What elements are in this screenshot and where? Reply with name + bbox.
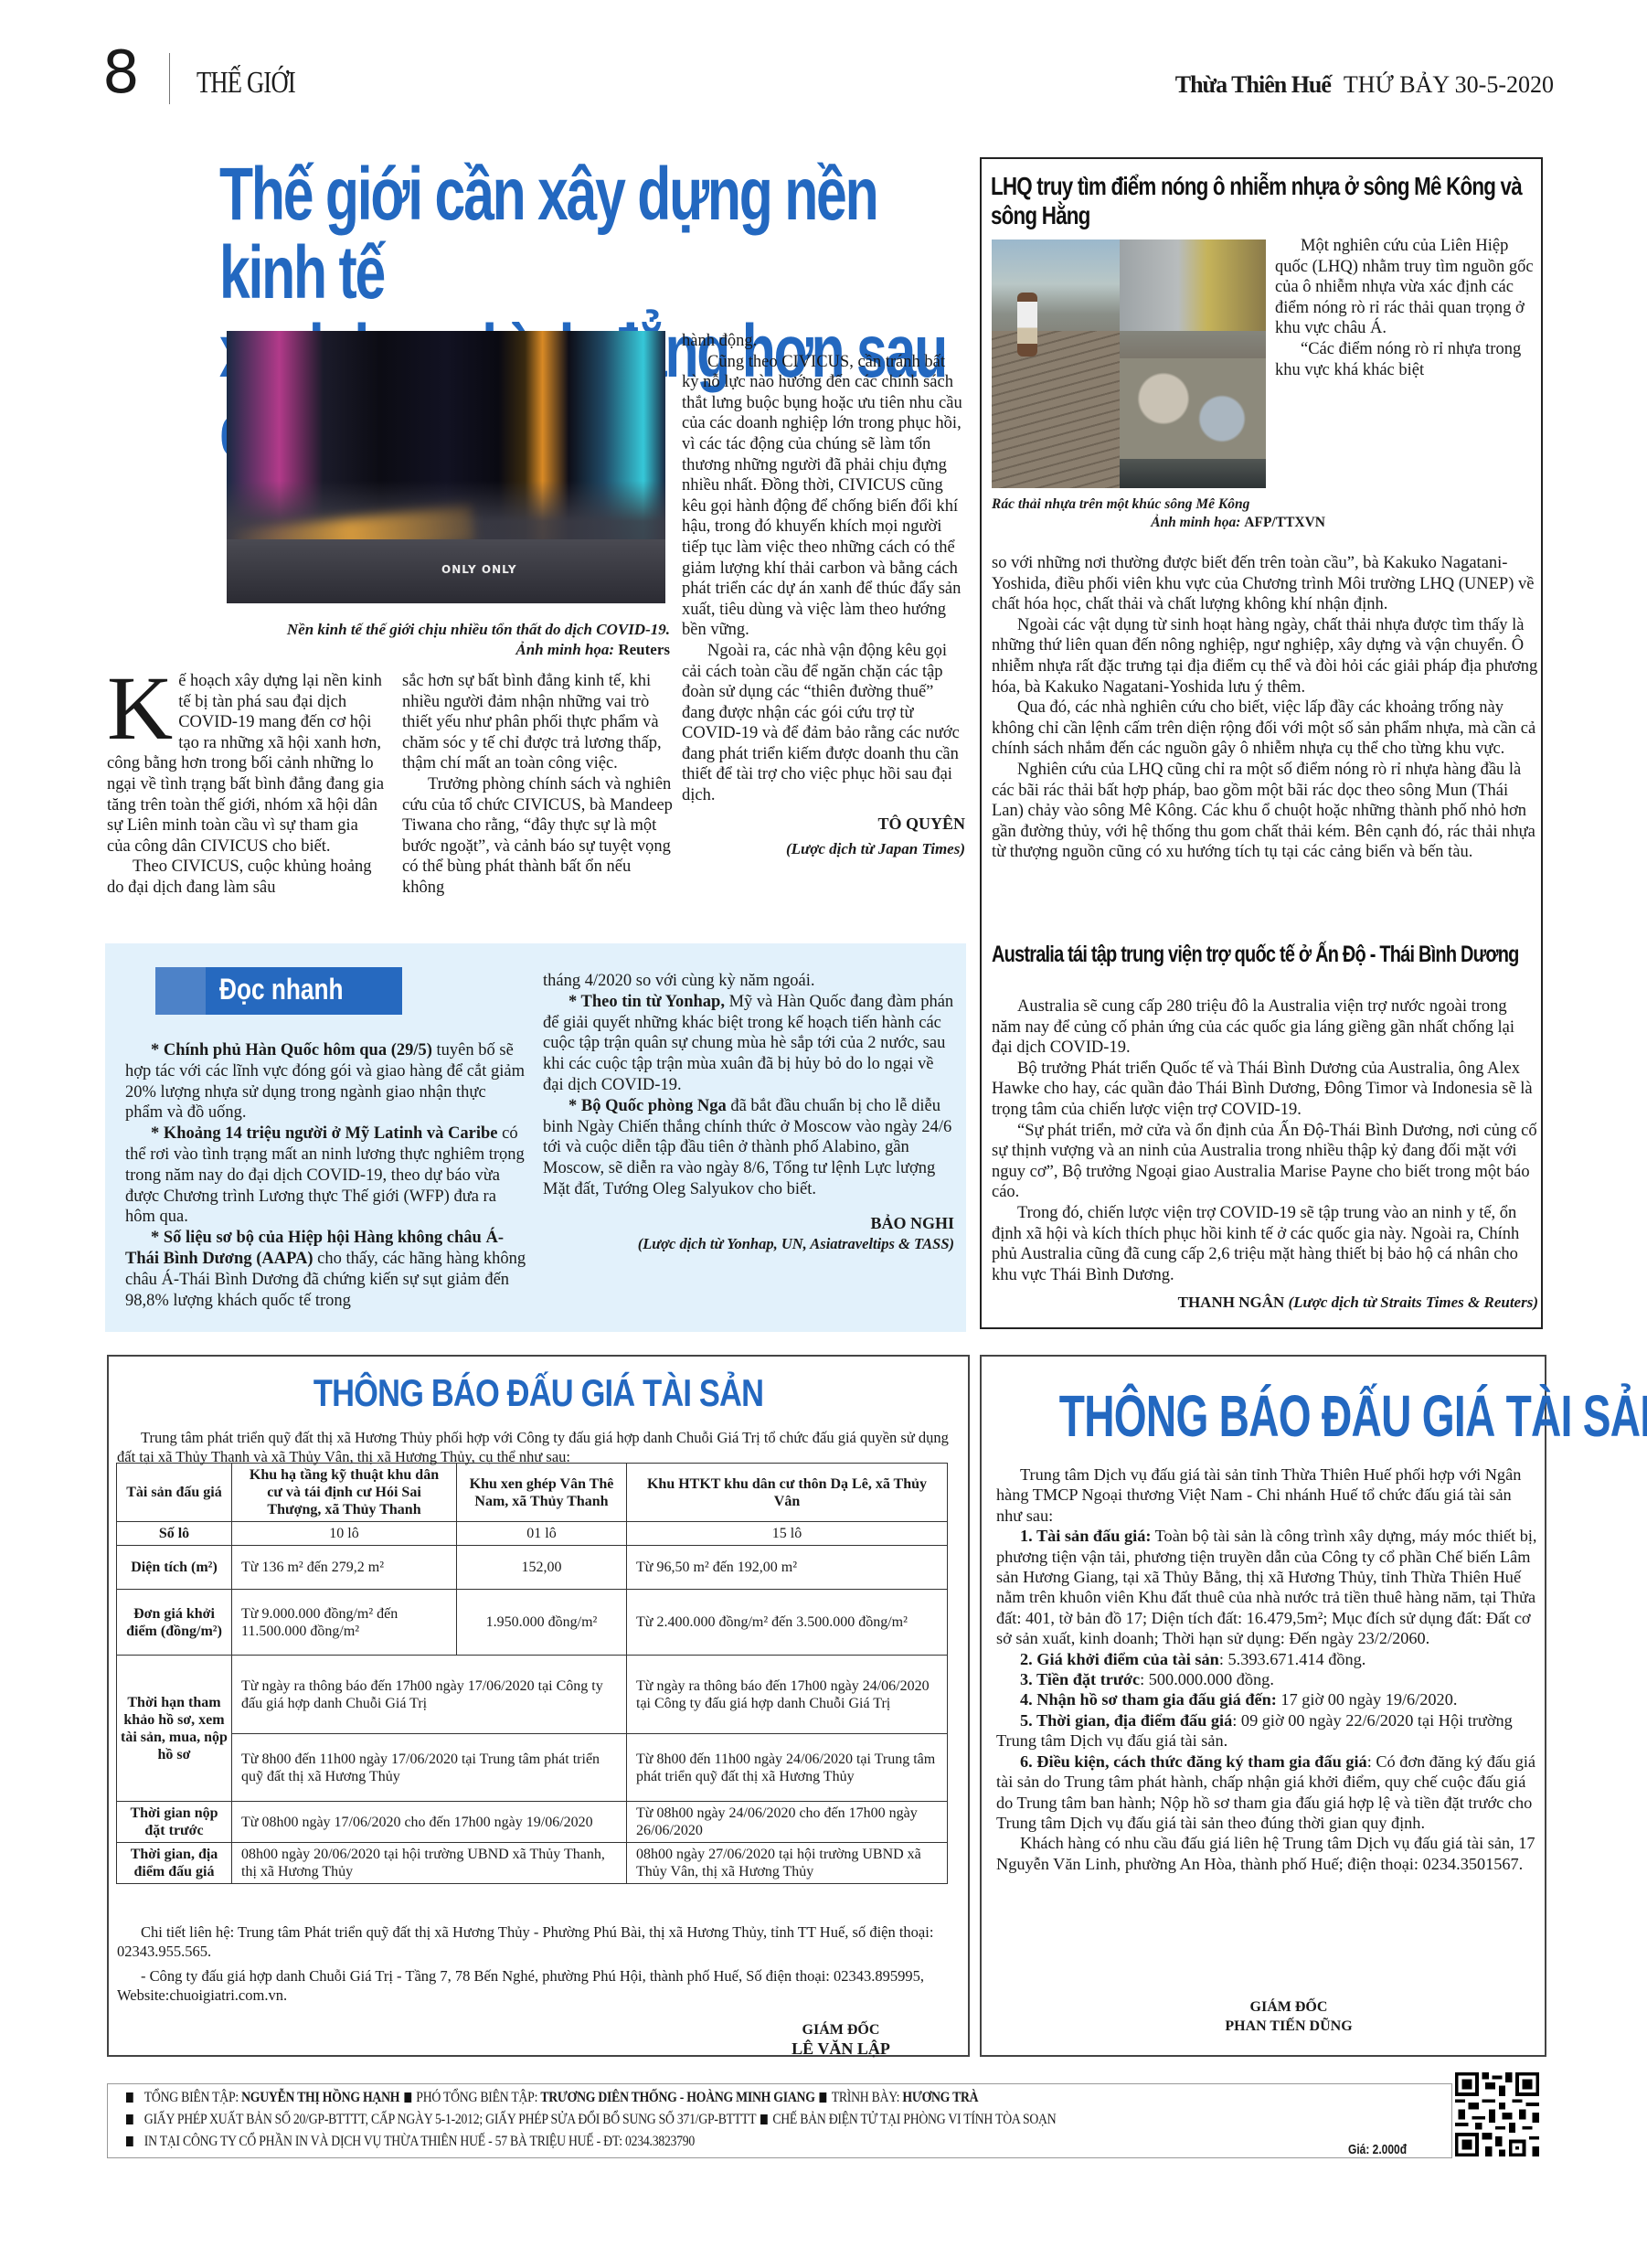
- table-cell: 15 lô: [627, 1522, 948, 1546]
- footer-line-license: GIẤY PHÉP XUẤT BẢN SỐ 20/GP-BTTTT, CẤP N…: [126, 2112, 1056, 2128]
- author-byline: THANH NGÂN: [1178, 1294, 1285, 1311]
- source-note: (Lược dịch từ Japan Times): [682, 839, 965, 860]
- paragraph: Ngoài ra, các nhà vận động kêu gọi cải c…: [682, 641, 965, 806]
- badge-label: Đọc nhanh: [219, 973, 344, 1006]
- caption-text: Rác thải nhựa trên một khúc sông Mê Kông: [992, 495, 1325, 514]
- wooden-walkway: [992, 331, 1120, 488]
- bullet-square-icon: [404, 2092, 411, 2103]
- author-byline: TÔ QUYÊN: [682, 814, 965, 835]
- paragraph: Nghiên cứu của LHQ cũng chỉ ra một số đi…: [992, 760, 1538, 863]
- paragraph: Bộ trưởng Phát triển Quốc tế và Thái Bìn…: [992, 1059, 1538, 1121]
- table-cell: 08h00 ngày 27/06/2020 tại hội trường UBN…: [627, 1843, 948, 1884]
- paragraph: “Các điểm nóng rò rỉ nhựa trong khu vực …: [1275, 339, 1535, 380]
- paragraph: “Sự phát triển, mở cửa và ổn định của Ấn…: [992, 1121, 1538, 1203]
- table-cell: 01 lô: [457, 1522, 627, 1546]
- item-lead: 6. Điều kiện, cách thức đăng ký tham gia…: [1020, 1752, 1367, 1771]
- paragraph: Qua đó, các nhà nghiên cứu cho biết, việ…: [992, 697, 1538, 760]
- caption-text: Nền kinh tế thế giới chịu nhiều tổn thất…: [227, 620, 670, 640]
- signer-name: PHAN TIẾN DŨNG: [1179, 2017, 1398, 2036]
- table-header-row: Tài sản đấu giá Khu hạ tầng kỹ thuật khu…: [117, 1464, 948, 1522]
- paragraph: sắc hơn sự bất bình đẳng kinh tế, khi nh…: [402, 671, 674, 774]
- caption-credit: Reuters: [618, 641, 670, 658]
- table-cell: Từ 96,50 m² đến 192,00 m²: [627, 1546, 948, 1590]
- item-lead: * Bộ Quốc phòng Nga: [568, 1097, 727, 1115]
- auction-left-intro: Trung tâm phát triển quỹ đất thị xã Hươn…: [117, 1428, 962, 1466]
- auction-left-title: THÔNG BÁO ĐẤU GIÁ TÀI SẢN: [185, 1371, 892, 1415]
- printer: IN TẠI CÔNG TY CỔ PHẦN IN VÀ DỊCH VỤ THỪ…: [144, 2134, 695, 2149]
- table-cell: Từ 2.400.000 đồng/m² đến 3.500.000 đồng/…: [627, 1590, 948, 1656]
- headline-line-1: Thế giới cần xây dựng nền kinh tế: [219, 155, 983, 313]
- bullet-square-icon: [126, 2136, 133, 2146]
- sidebar-headline: LHQ truy tìm điểm nóng ô nhiễm nhựa ở sô…: [991, 172, 1532, 230]
- row-header: Thời gian nộp đặt trước: [117, 1802, 232, 1843]
- times-square-photo: ONLY ONLY: [227, 331, 665, 603]
- article-column-2: sắc hơn sự bất bình đẳng kinh tế, khi nh…: [402, 671, 674, 899]
- page-number: 8: [102, 44, 140, 102]
- item-lead: * Theo tin từ Yonhap,: [568, 993, 725, 1011]
- table-row: Từ 8h00 đến 11h00 ngày 17/06/2020 tại Tr…: [117, 1734, 948, 1802]
- caption-credit: AFP/TTXVN: [1244, 515, 1325, 530]
- article-column-3: hành động. Cũng theo CIVICUS, cần tránh …: [682, 331, 965, 860]
- paragraph: Trung tâm phát triển quỹ đất thị xã Hươn…: [117, 1428, 962, 1466]
- sidebar-photo-caption: Rác thải nhựa trên một khúc sông Mê Kông…: [992, 495, 1325, 532]
- article-column-1: Kế hoạch xây dựng lại nền kinh tế bị tàn…: [107, 671, 386, 899]
- paragraph: Khách hàng có nhu cầu đấu giá liên hệ Tr…: [996, 1833, 1540, 1874]
- table-row: Đơn giá khởi điểm (đồng/m²) Từ 9.000.000…: [117, 1590, 948, 1656]
- quick-read-column-2: tháng 4/2020 so với cùng kỳ năm ngoái. *…: [543, 971, 954, 1254]
- table-cell: 152,00: [457, 1546, 627, 1590]
- paragraph: Trung tâm Dịch vụ đấu giá tài sản tỉnh T…: [996, 1464, 1540, 1526]
- item-lead: 5. Thời gian, địa điểm đấu giá: [1020, 1711, 1232, 1730]
- column-header: Khu hạ tầng kỹ thuật khu dân cư và tái đ…: [232, 1464, 457, 1522]
- item-lead: * Chính phủ Hàn Quốc hôm qua (29/5): [151, 1041, 432, 1059]
- auction-right-signature: GIÁM ĐỐC PHAN TIẾN DŨNG: [1179, 1997, 1398, 2036]
- paragraph: Theo CIVICUS, cuộc khủng hoảng do đại dị…: [107, 857, 386, 898]
- table-cell: 08h00 ngày 20/06/2020 tại hội trường UBN…: [232, 1843, 627, 1884]
- auction-right-body: Trung tâm Dịch vụ đấu giá tài sản tỉnh T…: [996, 1464, 1540, 1874]
- imprint-footer: TỔNG BIÊN TẬP: NGUYỄN THỊ HỒNG HẠNHPHÓ T…: [107, 2083, 1452, 2158]
- editor-name: NGUYỄN THỊ HỒNG HẠNH: [241, 2090, 399, 2105]
- prepress: CHẾ BẢN ĐIỆN TỬ TẠI PHÒNG VI TÍNH TÒA SO…: [772, 2112, 1056, 2127]
- table-cell: Từ 08h00 ngày 24/06/2020 cho đến 17h00 n…: [627, 1802, 948, 1843]
- table-cell: Từ 9.000.000 đồng/m² đến 11.500.000 đồng…: [232, 1590, 457, 1656]
- deputy-editors: TRƯƠNG DIÊN THỐNG - HOÀNG MINH GIANG: [540, 2090, 814, 2105]
- paragraph: Trưởng phòng chính sách và nghiên cứu củ…: [402, 774, 674, 899]
- column-header: Tài sản đấu giá: [117, 1464, 232, 1522]
- item-text: : 5.393.671.414 đồng.: [1219, 1650, 1365, 1668]
- table-row: Thời gian nộp đặt trước Từ 08h00 ngày 17…: [117, 1802, 948, 1843]
- layout-designer: HƯƠNG TRÀ: [902, 2090, 978, 2105]
- header-divider: [169, 53, 170, 104]
- paragraph: hành động.: [682, 331, 965, 352]
- label: TỔNG BIÊN TẬP:: [144, 2090, 239, 2105]
- paragraph: Ngoài các vật dụng từ sinh hoạt hàng ngà…: [992, 615, 1538, 697]
- paragraph: Trong đó, chiến lược viện trợ COVID-19 s…: [992, 1203, 1538, 1285]
- table-cell: Từ 136 m² đến 279,2 m²: [232, 1546, 457, 1590]
- caption-credit-label: Ảnh minh họa:: [1151, 515, 1240, 530]
- qr-code-icon: [1455, 2072, 1539, 2156]
- table-row: Thời gian, địa điểm đấu giá 08h00 ngày 2…: [117, 1843, 948, 1884]
- author-byline: BẢO NGHI: [543, 1213, 954, 1234]
- photo-caption: Nền kinh tế thế giới chịu nhiều tổn thất…: [227, 620, 670, 660]
- row-header: Diện tích (m²): [117, 1546, 232, 1590]
- paragraph: tháng 4/2020 so với cùng kỳ năm ngoái.: [543, 971, 954, 992]
- table-row: Số lô 10 lô 01 lô 15 lô: [117, 1522, 948, 1546]
- section-title: THẾ GIỚI: [197, 66, 295, 101]
- issue-date: THỨ BẢY 30-5-2020: [1344, 71, 1554, 98]
- masthead: Thừa Thiên HuếTHỨ BẢY 30-5-2020: [1175, 71, 1554, 99]
- paragraph: Australia sẽ cung cấp 280 triệu đô la Au…: [992, 996, 1538, 1059]
- paragraph: Một nghiên cứu của Liên Hiệp quốc (LHQ) …: [1275, 236, 1535, 339]
- mekong-plastic-photo: [992, 240, 1266, 488]
- person-figure: [1017, 293, 1037, 357]
- item-text: : 500.000.000 đồng.: [1140, 1670, 1274, 1688]
- price-label: Giá: 2.000đ: [1348, 2142, 1407, 2157]
- quick-read-column-1: * Chính phủ Hàn Quốc hôm qua (29/5) tuyê…: [125, 1040, 527, 1311]
- footer-line-printer: IN TẠI CÔNG TY CỔ PHẦN IN VÀ DỊCH VỤ THỪ…: [126, 2134, 695, 2150]
- item-lead: 1. Tài sản đấu giá:: [1020, 1527, 1151, 1545]
- bullet-square-icon: [760, 2114, 768, 2124]
- newspaper-name: Thừa Thiên Huế: [1175, 71, 1331, 98]
- australia-body: Australia sẽ cung cấp 280 triệu đô la Au…: [992, 996, 1538, 1314]
- row-header: Thời hạn tham khảo hồ sơ, xem tài sản, m…: [117, 1656, 232, 1802]
- caption-credit-label: Ảnh minh họa:: [515, 641, 614, 658]
- bullet-square-icon: [126, 2092, 133, 2103]
- table-cell: Từ 08h00 ngày 17/06/2020 cho đến 17h00 n…: [232, 1802, 627, 1843]
- item-text: 17 giờ 00 ngày 19/6/2020.: [1277, 1690, 1458, 1709]
- plastic-waste: [1120, 358, 1266, 459]
- label: TRÌNH BÀY:: [832, 2090, 900, 2105]
- drop-cap: K: [107, 673, 173, 744]
- sidebar-narrow-column: Một nghiên cứu của Liên Hiệp quốc (LHQ) …: [1275, 236, 1535, 380]
- column-header: Khu xen ghép Vân Thê Nam, xã Thủy Thanh: [457, 1464, 627, 1522]
- item-lead: 3. Tiền đặt trước: [1020, 1670, 1140, 1688]
- table-cell: Từ ngày ra thông báo đến 17h00 ngày 17/0…: [232, 1656, 627, 1734]
- signer-title: GIÁM ĐỐC: [1179, 1997, 1398, 2017]
- footer-line-editors: TỔNG BIÊN TẬP: NGUYỄN THỊ HỒNG HẠNHPHÓ T…: [126, 2090, 978, 2106]
- table-row: Diện tích (m²) Từ 136 m² đến 279,2 m² 15…: [117, 1546, 948, 1590]
- bullet-square-icon: [820, 2092, 827, 2103]
- auction-left-contact: Chi tiết liên hệ: Trung tâm Phát triển q…: [117, 1922, 962, 2010]
- row-header: Thời gian, địa điểm đấu giá: [117, 1843, 232, 1884]
- table-cell: 1.950.000 đồng/m²: [457, 1590, 627, 1656]
- item-lead: 2. Giá khởi điểm của tài sản: [1020, 1650, 1219, 1668]
- table-cell: Từ 8h00 đến 11h00 ngày 17/06/2020 tại Tr…: [232, 1734, 627, 1802]
- column-header: Khu HTKT khu dân cư thôn Dạ Lê, xã Thủy …: [627, 1464, 948, 1522]
- source-note: (Lược dịch từ Yonhap, UN, Asiatraveltips…: [543, 1234, 954, 1255]
- row-header: Số lô: [117, 1522, 232, 1546]
- paragraph: - Công ty đấu giá hợp danh Chuỗi Giá Trị…: [117, 1966, 962, 2005]
- license: GIẤY PHÉP XUẤT BẢN SỐ 20/GP-BTTTT, CẤP N…: [144, 2112, 756, 2127]
- auction-right-title: THÔNG BÁO ĐẤU GIÁ TÀI SẢN: [1059, 1382, 1467, 1450]
- badge-accent: [155, 967, 206, 1015]
- paragraph: Chi tiết liên hệ: Trung tâm Phát triển q…: [117, 1922, 962, 1961]
- table-row: Thời hạn tham khảo hồ sơ, xem tài sản, m…: [117, 1656, 948, 1734]
- table-cell: Từ ngày ra thông báo đến 17h00 ngày 24/0…: [627, 1656, 948, 1734]
- signer-title: GIÁM ĐỐC: [740, 2020, 941, 2039]
- quick-read-badge: Đọc nhanh: [155, 967, 402, 1015]
- signer-name: LÊ VĂN LẬP: [740, 2039, 941, 2059]
- australia-headline: Australia tái tập trung viện trợ quốc tế…: [992, 942, 1533, 967]
- source-note: (Lược dịch từ Straits Times & Reuters): [1289, 1294, 1538, 1311]
- road-marking: ONLY ONLY: [441, 563, 517, 576]
- table-cell: Từ 8h00 đến 11h00 ngày 24/06/2020 tại Tr…: [627, 1734, 948, 1802]
- paragraph: so với những nơi thường được biết đến tr…: [992, 553, 1538, 615]
- label: PHÓ TỔNG BIÊN TẬP:: [416, 2090, 537, 2105]
- item-lead: 4. Nhận hồ sơ tham gia đấu giá đến:: [1020, 1690, 1277, 1709]
- tin-shed: [1120, 240, 1266, 331]
- item-lead: * Khoảng 14 triệu người ở Mỹ Latinh và C…: [151, 1124, 498, 1143]
- bullet-square-icon: [126, 2114, 133, 2124]
- table-cell: 10 lô: [232, 1522, 457, 1546]
- auction-left-signature: GIÁM ĐỐC LÊ VĂN LẬP: [740, 2020, 941, 2059]
- row-header: Đơn giá khởi điểm (đồng/m²): [117, 1590, 232, 1656]
- sidebar-body: so với những nơi thường được biết đến tr…: [992, 553, 1538, 863]
- paragraph: Cũng theo CIVICUS, cần tránh bất kỳ nỗ l…: [682, 352, 965, 641]
- auction-table: Tài sản đấu giá Khu hạ tầng kỹ thuật khu…: [116, 1463, 948, 1884]
